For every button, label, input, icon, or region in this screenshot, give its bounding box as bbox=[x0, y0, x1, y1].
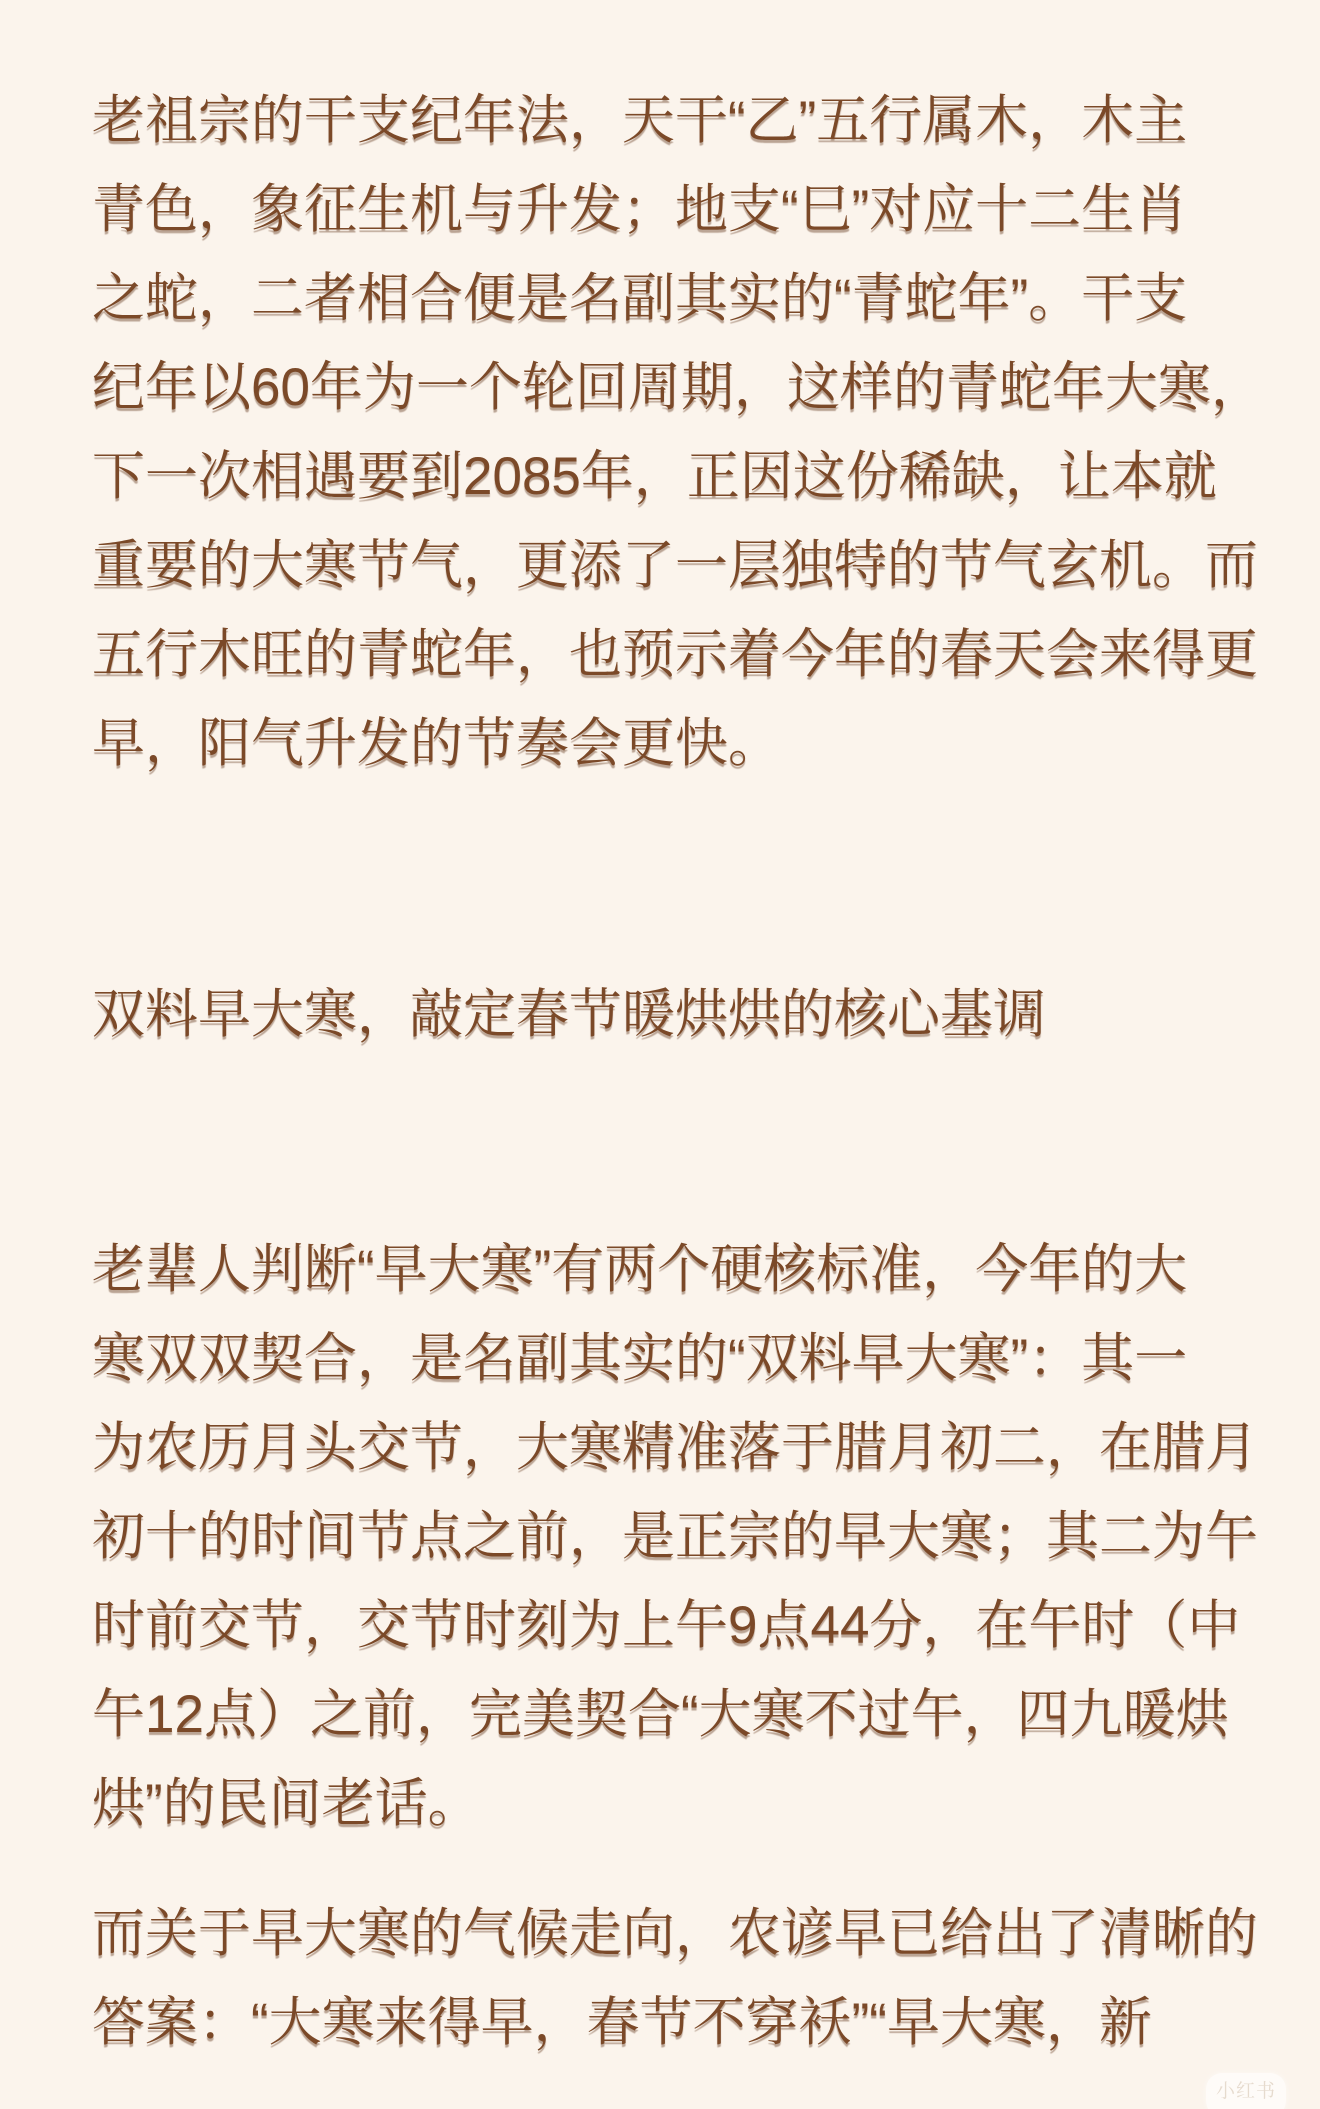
section-heading: 双料早大寒，敲定春节暖烘烘的核心基调 bbox=[92, 970, 1264, 1059]
xiaohongshu-watermark-label: 小红书 bbox=[1216, 2081, 1276, 2103]
article-body: 老祖宗的干支纪年法，天干“乙”五行属木，木主青色，象征生机与升发；地支“巳”对应… bbox=[0, 0, 1320, 2067]
paragraph-farmers-proverbs: 而关于早大寒的气候走向，农谚早已给出了清晰的答案：“大寒来得早，春节不穿袄”“早… bbox=[92, 1889, 1264, 2067]
paragraph-ganzhi-year: 老祖宗的干支纪年法，天干“乙”五行属木，木主青色，象征生机与升发；地支“巳”对应… bbox=[92, 76, 1264, 788]
xiaohongshu-watermark: 小红书 bbox=[1206, 2073, 1286, 2109]
paragraph-double-early-dahan: 老辈人判断“早大寒”有两个硬核标准，今年的大寒双双契合，是名副其实的“双料早大寒… bbox=[92, 1225, 1264, 1848]
